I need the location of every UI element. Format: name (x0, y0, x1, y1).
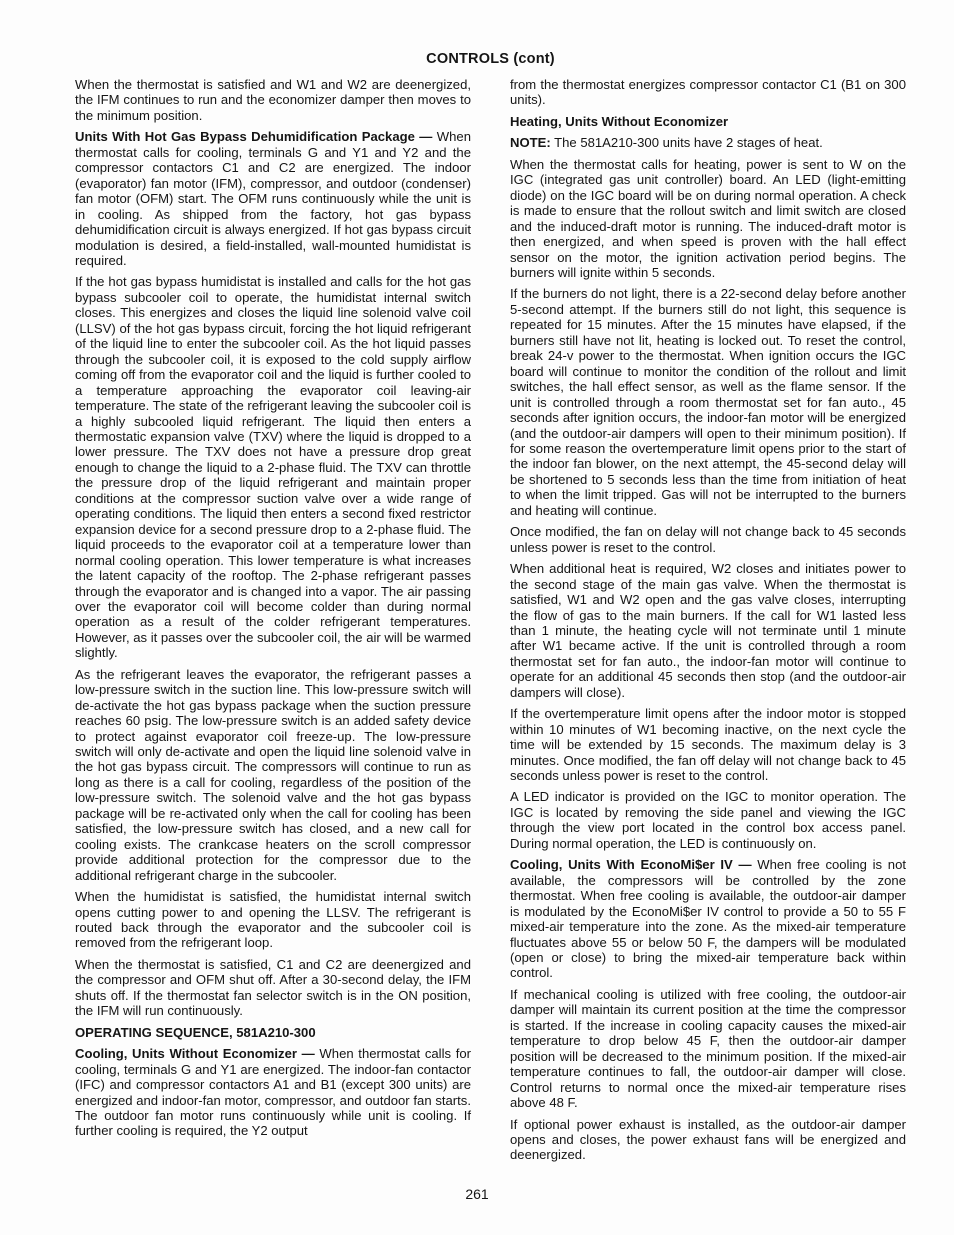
note-label: NOTE: (510, 135, 551, 150)
left-column: When the thermostat is satisfied and W1 … (75, 77, 471, 1169)
section-heading: Heating, Units Without Economizer (510, 114, 906, 129)
page-header: CONTROLS (cont) (75, 51, 906, 67)
paragraph-text: When free cooling is not available, the … (510, 857, 906, 980)
paragraph: Once modified, the fan on delay will not… (510, 524, 906, 555)
paragraph: from the thermostat energizes compressor… (510, 77, 906, 108)
paragraph: If mechanical cooling is utilized with f… (510, 987, 906, 1111)
two-column-layout: When the thermostat is satisfied and W1 … (75, 77, 906, 1169)
runin-heading: Units With Hot Gas Bypass Dehumidificati… (75, 129, 432, 144)
paragraph-text: When thermostat calls for cooling, termi… (75, 129, 471, 268)
paragraph: When the humidistat is satisfied, the hu… (75, 889, 471, 951)
manual-page: CONTROLS (cont) When the thermostat is s… (0, 0, 954, 1235)
right-column: from the thermostat energizes compressor… (510, 77, 906, 1169)
paragraph: As the refrigerant leaves the evaporator… (75, 667, 471, 883)
paragraph: When the thermostat is satisfied and W1 … (75, 77, 471, 123)
paragraph: When the thermostat calls for heating, p… (510, 157, 906, 281)
note-paragraph: NOTE: The 581A210-300 units have 2 stage… (510, 135, 906, 150)
paragraph: When additional heat is required, W2 clo… (510, 561, 906, 700)
section-title: CONTROLS (cont) (426, 51, 555, 67)
paragraph: If the burners do not light, there is a … (510, 286, 906, 518)
page-footer: 261 (0, 1186, 954, 1202)
paragraph: A LED indicator is provided on the IGC t… (510, 789, 906, 851)
paragraph: Cooling, Units With EconoMi$er IV — When… (510, 857, 906, 981)
paragraph-text: The 581A210-300 units have 2 stages of h… (554, 135, 823, 150)
runin-heading: Cooling, Units With EconoMi$er IV — (510, 857, 752, 872)
section-heading: OPERATING SEQUENCE, 581A210-300 (75, 1025, 471, 1040)
paragraph: If the hot gas bypass humidistat is inst… (75, 274, 471, 660)
paragraph: When the thermostat is satisfied, C1 and… (75, 957, 471, 1019)
runin-heading: Cooling, Units Without Economizer — (75, 1046, 315, 1061)
page-number: 261 (465, 1186, 488, 1202)
paragraph: Units With Hot Gas Bypass Dehumidificati… (75, 129, 471, 268)
paragraph: If the overtemperature limit opens after… (510, 706, 906, 783)
paragraph: Cooling, Units Without Economizer — When… (75, 1046, 471, 1139)
paragraph: If optional power exhaust is installed, … (510, 1117, 906, 1163)
